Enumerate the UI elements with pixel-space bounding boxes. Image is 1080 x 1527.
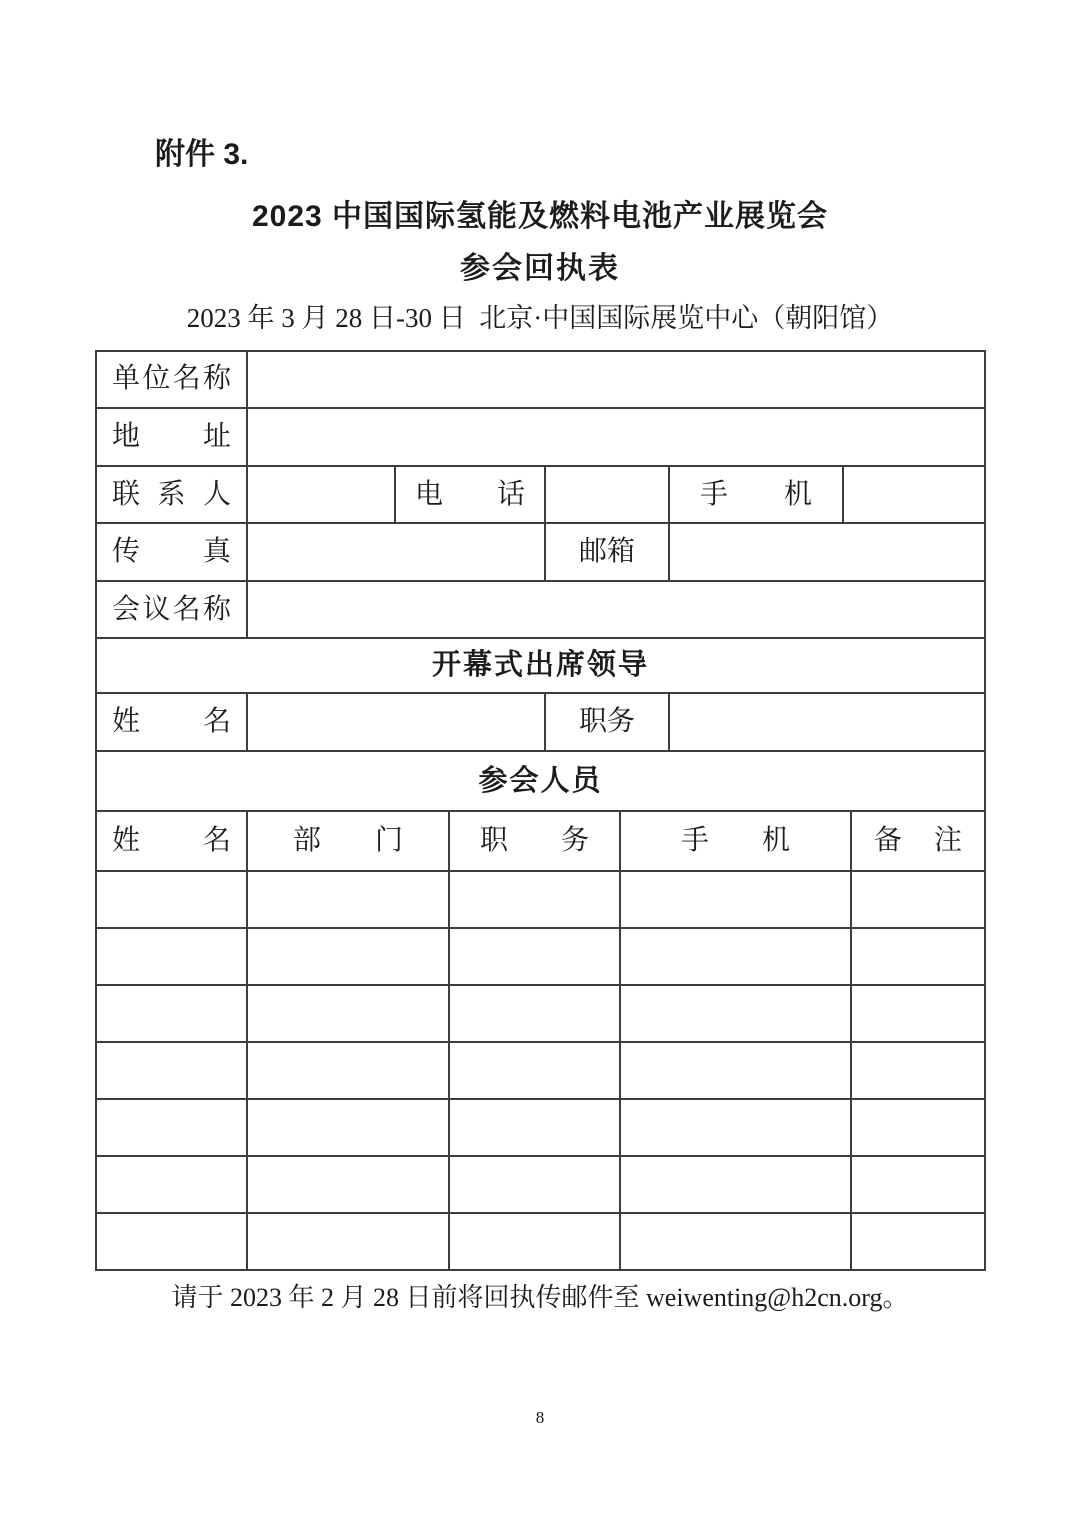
contact-value-cell xyxy=(246,467,394,522)
attendee-department-cell xyxy=(246,1214,448,1269)
attendee-remarks-cell xyxy=(850,1100,984,1155)
attendee-col-mobile: 手机 xyxy=(619,812,850,870)
document-title: 2023 中国国际氢能及燃料电池产业展览会 xyxy=(0,199,1080,235)
attendee-position-cell xyxy=(448,1043,619,1098)
page-number: 8 xyxy=(0,1408,1080,1428)
phone-label: 电话 xyxy=(394,467,544,522)
reply-form-table: 单位名称 地址 联系人 电话 手机 传真 邮箱 会议名称 xyxy=(95,350,986,1271)
unit-name-label: 单位名称 xyxy=(97,352,246,407)
attendee-empty-row xyxy=(97,1041,984,1098)
address-value-cell xyxy=(246,409,984,465)
attendee-position-cell xyxy=(448,1157,619,1212)
row-unit-name: 单位名称 xyxy=(97,352,984,407)
attendee-department-cell xyxy=(246,1157,448,1212)
attendee-position-cell xyxy=(448,1214,619,1269)
address-label: 地址 xyxy=(97,409,246,465)
attendee-empty-row xyxy=(97,870,984,927)
attendee-name-cell xyxy=(97,1043,246,1098)
unit-name-value-cell xyxy=(246,352,984,407)
attendee-mobile-cell xyxy=(619,986,850,1041)
row-meeting-name: 会议名称 xyxy=(97,580,984,637)
row-attendee-headers: 姓名 部门 职务 手机 备注 xyxy=(97,810,984,870)
attendee-empty-row xyxy=(97,927,984,984)
attendee-col-remarks: 备注 xyxy=(850,812,984,870)
fax-label: 传真 xyxy=(97,524,246,580)
reply-deadline-note: 请于 2023 年 2 月 28 日前将回执传邮件至 weiwenting@h2… xyxy=(0,1281,1080,1315)
document-subtitle: 参会回执表 xyxy=(0,251,1080,287)
attendee-department-cell xyxy=(246,929,448,984)
row-section-opening-leaders: 开幕式出席领导 xyxy=(97,637,984,692)
email-label: 邮箱 xyxy=(544,524,668,580)
mobile-value-cell xyxy=(842,467,984,522)
attendee-name-cell xyxy=(97,872,246,927)
attendee-mobile-cell xyxy=(619,872,850,927)
section-opening-leaders-title: 开幕式出席领导 xyxy=(97,639,984,692)
email-value-cell xyxy=(668,524,984,580)
attendee-position-cell xyxy=(448,929,619,984)
mobile-label: 手机 xyxy=(668,467,842,522)
attendee-mobile-cell xyxy=(619,929,850,984)
attendee-empty-row xyxy=(97,1155,984,1212)
contact-label: 联系人 xyxy=(97,467,246,522)
attendee-col-name: 姓名 xyxy=(97,812,246,870)
row-fax: 传真 邮箱 xyxy=(97,522,984,580)
attendee-remarks-cell xyxy=(850,1157,984,1212)
row-leader: 姓名 职务 xyxy=(97,692,984,750)
attendee-department-cell xyxy=(246,986,448,1041)
attendee-col-department: 部门 xyxy=(246,812,448,870)
attendee-remarks-cell xyxy=(850,929,984,984)
attendee-empty-row xyxy=(97,984,984,1041)
attendee-remarks-cell xyxy=(850,986,984,1041)
attendee-col-position: 职务 xyxy=(448,812,619,870)
attendee-department-cell xyxy=(246,872,448,927)
attendee-mobile-cell xyxy=(619,1043,850,1098)
attendee-remarks-cell xyxy=(850,1043,984,1098)
fax-value-cell xyxy=(246,524,544,580)
attachment-label: 附件 3. xyxy=(155,138,248,172)
leader-name-value-cell xyxy=(246,694,544,750)
attendee-name-cell xyxy=(97,1214,246,1269)
attendee-department-cell xyxy=(246,1100,448,1155)
row-address: 地址 xyxy=(97,407,984,465)
event-date-venue: 2023 年 3 月 28 日-30 日 北京·中国国际展览中心（朝阳馆） xyxy=(0,301,1080,335)
attendee-empty-row xyxy=(97,1212,984,1269)
attendee-name-cell xyxy=(97,986,246,1041)
row-contact: 联系人 电话 手机 xyxy=(97,465,984,522)
row-section-attendees: 参会人员 xyxy=(97,750,984,810)
attendee-department-cell xyxy=(246,1043,448,1098)
attendee-name-cell xyxy=(97,1100,246,1155)
section-attendees-title: 参会人员 xyxy=(97,752,984,810)
attendee-position-cell xyxy=(448,986,619,1041)
attendee-name-cell xyxy=(97,929,246,984)
leader-name-label: 姓名 xyxy=(97,694,246,750)
attendee-position-cell xyxy=(448,1100,619,1155)
document-page: 附件 3. 2023 中国国际氢能及燃料电池产业展览会 参会回执表 2023 年… xyxy=(0,0,1080,1527)
attendee-empty-row xyxy=(97,1098,984,1155)
phone-value-cell xyxy=(544,467,668,522)
attendee-mobile-cell xyxy=(619,1214,850,1269)
attendee-mobile-cell xyxy=(619,1157,850,1212)
attendee-name-cell xyxy=(97,1157,246,1212)
attendee-remarks-cell xyxy=(850,872,984,927)
leader-title-value-cell xyxy=(668,694,984,750)
meeting-name-value-cell xyxy=(246,582,984,637)
attendee-mobile-cell xyxy=(619,1100,850,1155)
attendee-position-cell xyxy=(448,872,619,927)
leader-title-label: 职务 xyxy=(544,694,668,750)
attendee-remarks-cell xyxy=(850,1214,984,1269)
meeting-name-label: 会议名称 xyxy=(97,582,246,637)
